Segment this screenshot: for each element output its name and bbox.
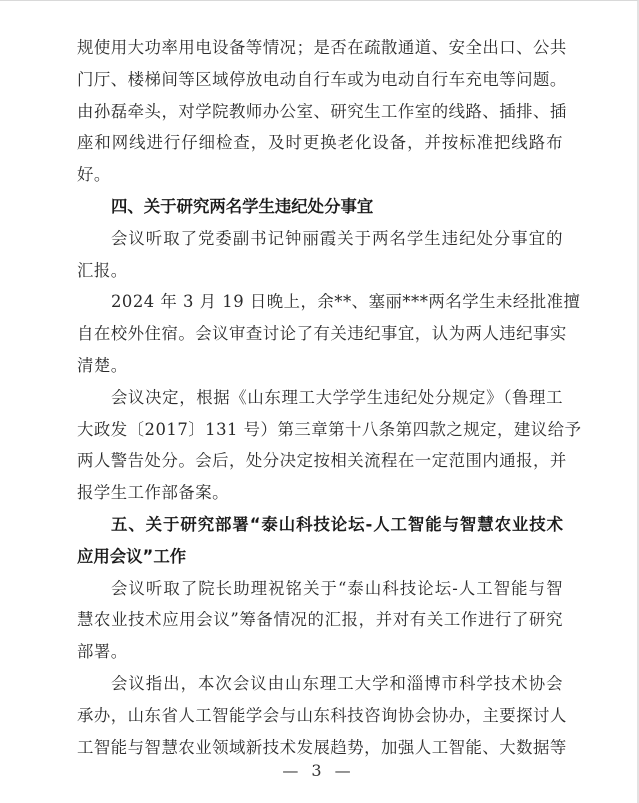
paragraph-line: 清楚。: [77, 350, 563, 382]
paragraph-line: 规使用大功率用电设备等情况；是否在疏散通道、安全出口、公共: [77, 32, 563, 64]
paragraph-line: 会议听取了党委副书记钟丽霞关于两名学生违纪处分事宜的: [77, 223, 563, 255]
paragraph-line: 门厅、楼梯间等区域停放电动自行车或为电动自行车充电等问题。: [77, 64, 563, 96]
paragraph-line: 自在校外住宿。会议审查讨论了有关违纪事宜，认为两人违纪事实: [77, 318, 563, 350]
paragraph-line: 会议听取了院长助理祝铭关于“泰山科技论坛-人工智能与智: [77, 573, 563, 605]
paragraph-line: 好。: [77, 159, 563, 191]
paragraph-line: 两人警告处分。会后，处分决定按相关流程在一定范围内通报，并: [77, 445, 563, 477]
paragraph-line: 工智能与智慧农业领域新技术发展趋势，加强人工智能、大数据等: [77, 732, 563, 764]
document-page: 规使用大功率用电设备等情况；是否在疏散通道、安全出口、公共门厅、楼梯间等区域停放…: [0, 0, 639, 803]
paragraph-line: 由孙磊牵头，对学院教师办公室、研究生工作室的线路、插排、插: [77, 96, 563, 128]
section-heading-line: 五、关于研究部署“泰山科技论坛-人工智能与智慧农业技术: [77, 509, 563, 541]
paragraph-line: 2024 年 3 月 19 日晚上，余**、塞丽***两名学生未经批准擅: [77, 286, 563, 318]
paragraph-line: 会议指出，本次会议由山东理工大学和淄博市科学技术协会: [77, 668, 563, 700]
page-number: — 3 —: [0, 761, 637, 780]
section-heading-line: 四、关于研究两名学生违纪处分事宜: [77, 191, 563, 223]
section-heading-line: 应用会议”工作: [77, 541, 563, 573]
paragraph-line: 报学生工作部备案。: [77, 477, 563, 509]
paragraph-line: 座和网线进行仔细检查，及时更换老化设备，并按标准把线路布: [77, 127, 563, 159]
paragraph-line: 大政发〔2017〕131 号）第三章第十八条第四款之规定，建议给予: [77, 414, 563, 446]
paragraph-line: 汇报。: [77, 255, 563, 287]
paragraph-line: 部署。: [77, 636, 563, 668]
paragraph-line: 承办，山东省人工智能学会与山东科技咨询协会协办，主要探讨人: [77, 700, 563, 732]
paragraph-line: 慧农业技术应用会议”筹备情况的汇报，并对有关工作进行了研究: [77, 604, 563, 636]
document-body: 规使用大功率用电设备等情况；是否在疏散通道、安全出口、公共门厅、楼梯间等区域停放…: [77, 32, 563, 763]
paragraph-line: 会议决定，根据《山东理工大学学生违纪处分规定》（鲁理工: [77, 382, 563, 414]
